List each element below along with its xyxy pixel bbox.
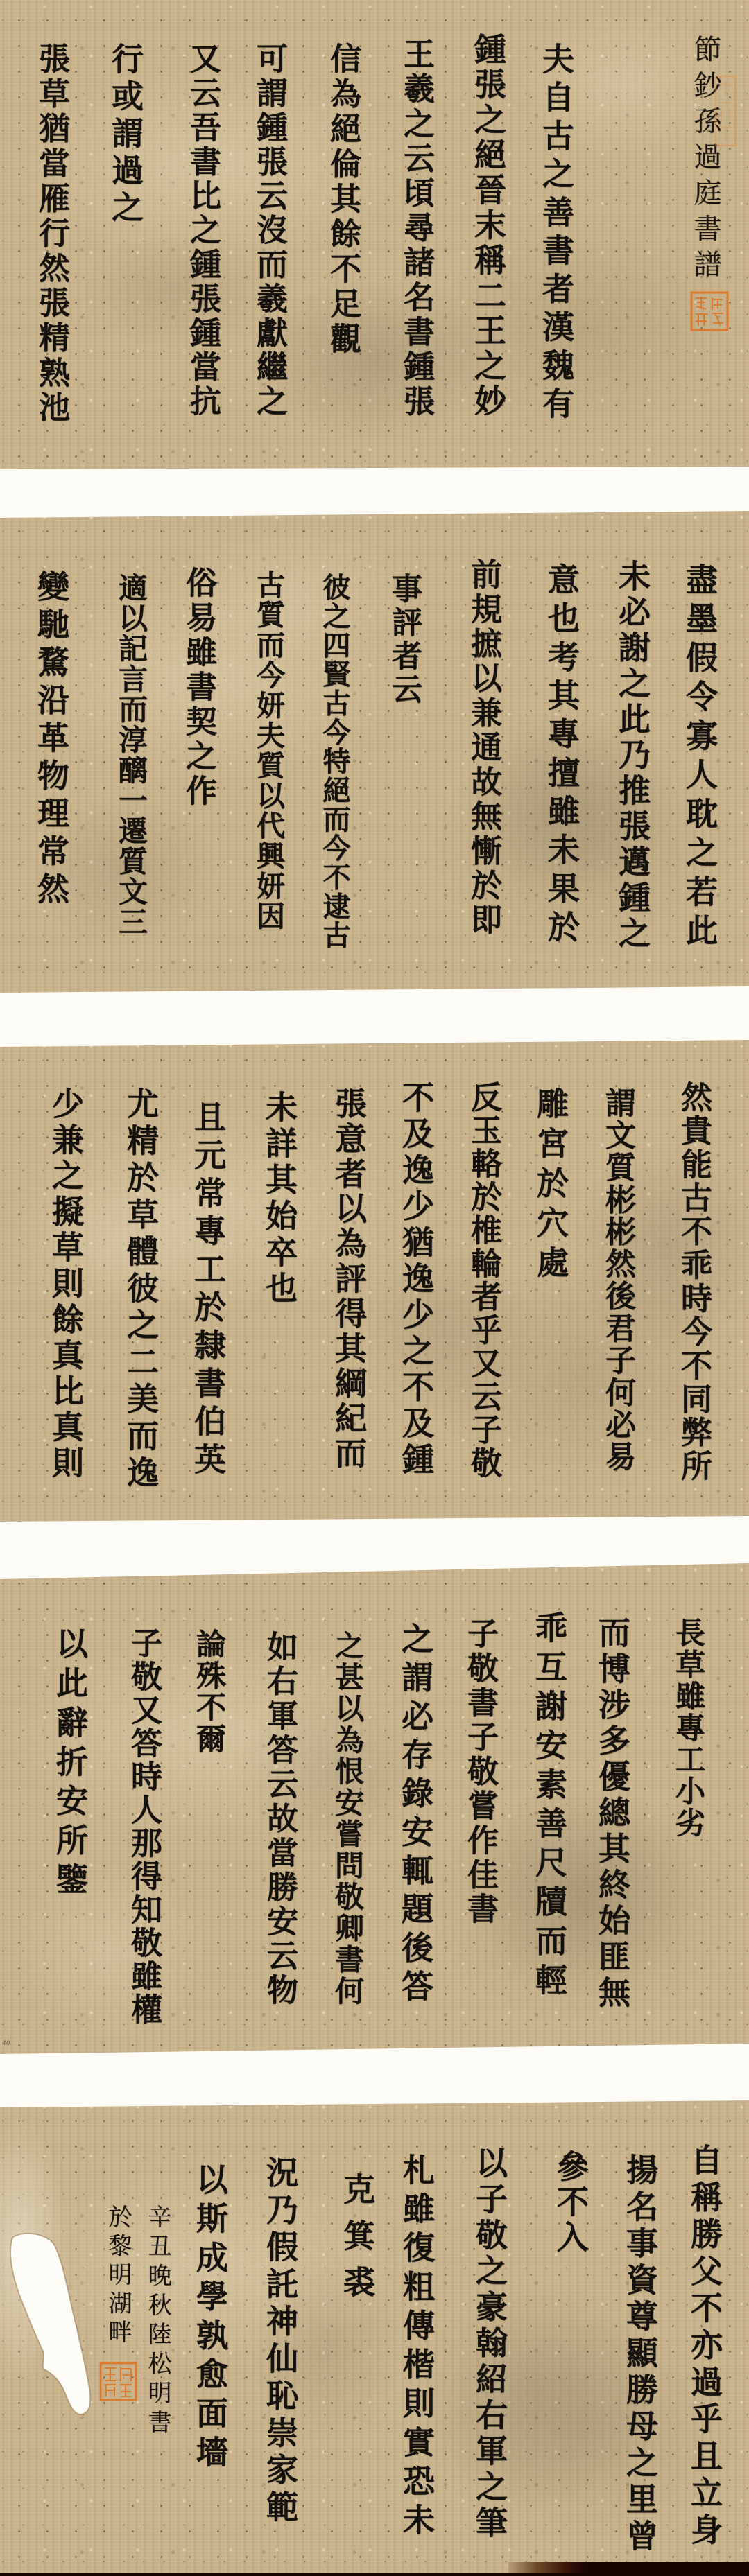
title-seal [690,291,729,331]
text-column: 信為絕倫其餘不足觀 [327,42,359,354]
text-column: 俗易雖書契之作 [183,566,214,806]
colophon-date-signature: 辛丑晚秋陸松明書 [146,2204,169,2433]
text-column: 反玉輅於椎輪者乎又云子敬 [468,1081,499,1478]
text-column: 然貴能古不乖時今不同弊所 [678,1081,709,1481]
text-column: 張意者以為評得其綱紀而 [333,1087,365,1468]
title-column: 節鈔孫過庭書譜 [691,35,719,277]
text-column: 克箕裘 [341,2173,373,2297]
text-column: 如右軍答云故當勝安云物 [264,1630,295,2005]
text-column: 以斯成學孰愈面墻 [194,2163,226,2467]
ink-haze [0,1563,749,2054]
text-column: 參不入 [555,2150,587,2252]
text-column: 適以記言而淳醨一遷質文三 [117,573,146,936]
text-column: 古質而今妍夫質以代興妍因 [254,570,282,930]
ink-haze [0,1040,749,1522]
text-column: 彼之四賢古今特絕而今不逮古 [320,573,348,948]
faint-seal [714,75,737,147]
text-column: 以子敬之豪翰紹右軍之筆 [474,2146,506,2538]
text-column: 盡墨假令寡人耽之若此 [684,563,716,946]
text-column: 又云吾書比之鍾張鍾當抗 [187,42,218,416]
colophon-location: 於黎明湖畔 [106,2204,130,2343]
text-column: 之謂必存錄安輒題後答 [399,1622,431,2001]
text-column: 行或謂過之 [110,42,141,223]
text-column: 事評者云 [388,573,419,704]
text-column: 子敬書子敬嘗作佳書 [465,1617,496,1924]
text-column: 以此辭折安所鑒 [54,1627,86,1895]
paper-panel-2: 盡墨假令寡人耽之若此 未必謝之此乃推張邁鍾之 意也考其專擅雖未果於 前規摭以兼通… [0,511,749,993]
text-column: 札雖復粗傳楷則實恐未 [401,2153,433,2535]
text-column: 謂文質彬彬然後君子何必易 [602,1087,632,1471]
text-column: 且元常專工於隸書伯英 [192,1100,224,1474]
text-column: 論殊不爾 [193,1628,223,1753]
text-column: 之甚以為恨安嘗問敬卿書何 [333,1630,362,2005]
text-column: 變馳騖沿革物理常然 [35,570,67,904]
paper-panel-1: 節鈔孫過庭書譜 夫自古之善書者漢魏有 鍾張之絕晉末稱二王之妙 王羲之云頃尋諸名書… [0,0,749,469]
text-column: 自稱勝父不亦過乎且立身 [689,2143,721,2545]
scan-edge-bottom [0,2573,749,2576]
paper-panel-5: 自稱勝父不亦過乎且立身 揚名事資尊顯勝母之里曾 參不入 以子敬之豪翰紹右軍之筆 … [0,2100,749,2576]
text-column: 況乃假託神仙恥崇家範 [264,2156,296,2522]
text-column: 未詳其始卒也 [264,1090,295,1303]
text-column: 夫自古之善書者漢魏有 [540,42,572,419]
text-column: 前規摭以兼通故無慚於即 [468,558,499,934]
pencil-page-mark: 40 [2,2040,10,2047]
text-column: 可謂鍾張云沒而羲獻繼之 [254,42,285,416]
text-column: 尤精於草體彼之二美而逸 [125,1087,157,1488]
text-column: 不及逸少猶逸少之不及鍾 [400,1081,432,1474]
paper-hole [0,2100,111,2433]
text-column: 雕宮於穴處 [535,1087,567,1278]
text-column: 意也考其專擅雖未果於 [546,563,578,942]
text-column: 乖互謝安素善尺牘而輕 [533,1611,565,1995]
artist-seal [99,2362,137,2401]
text-column: 少兼之擬草則餘真比真則 [50,1087,82,1478]
text-column: 而博涉多優總其終始匪無 [596,1616,628,2008]
paper-panel-4: 長草雖專工小劣 而博涉多優總其終始匪無 乖互謝安素善尺牘而輕 子敬書子敬嘗作佳書… [0,1563,749,2054]
text-column: 未必謝之此乃推張邁鍾之 [617,559,648,948]
paper-panel-3: 然貴能古不乖時今不同弊所 謂文質彬彬然後君子何必易 雕宮於穴處 反玉輅於椎輪者乎… [0,1040,749,1522]
text-column: 揚名事資尊顯勝母之里曾 [624,2153,656,2551]
text-column: 張草猶當雁行然張精熟池 [36,42,67,422]
text-column: 長草雖專工小劣 [673,1617,703,1837]
text-column: 子敬又答時人那得知敬雖權 [128,1627,160,2024]
text-column: 王羲之云頃尋諸名書鍾張 [401,37,432,416]
text-column: 鍾張之絕晉末稱二王之妙 [472,33,504,416]
